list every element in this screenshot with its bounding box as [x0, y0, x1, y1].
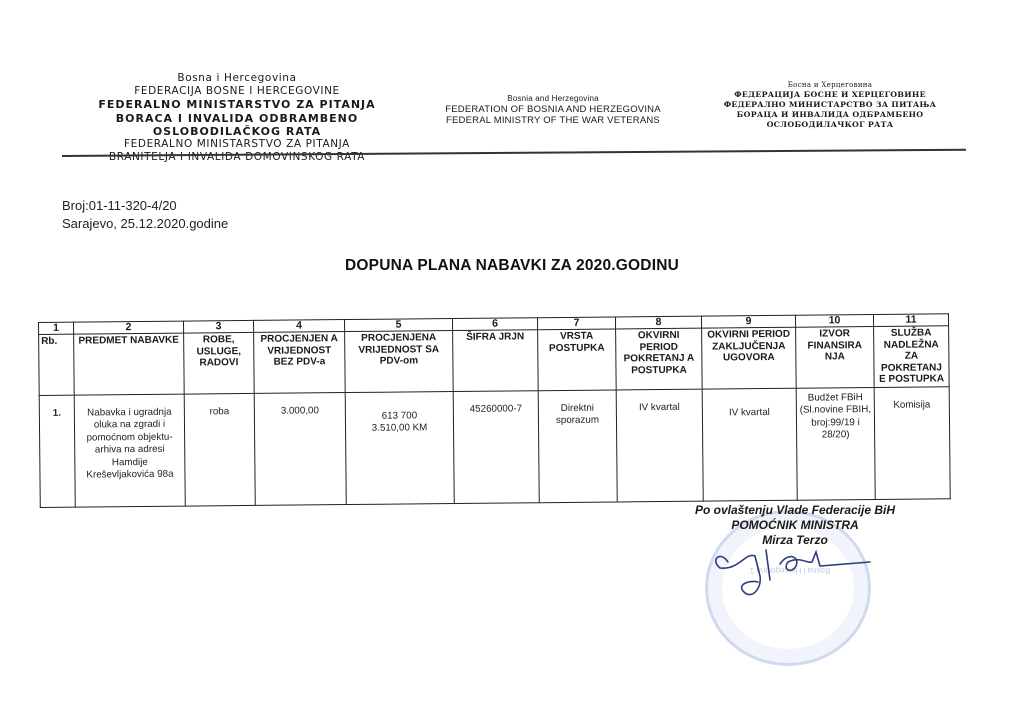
column-header-row: Rb.PREDMET NABAVKEROBE, USLUGE, RADOVIPR… [39, 326, 950, 396]
column-number: 3 [183, 320, 253, 333]
letterhead-ministry-cyr-line1: ФЕДЕРАЛНО МИНИСТАРСТВО ЗА ПИТАЊА [680, 100, 980, 110]
letterhead-ministry-cyr-line2: БОРАЦА И ИНВАЛИДА ОДБРАМБЕНО [680, 110, 980, 120]
column-number: 2 [74, 321, 184, 334]
letterhead-ministry-en: FEDERAL MINISTRY OF THE WAR VETERANS [422, 115, 684, 126]
column-header: OKVIRNI PERIOD POKRETANJ A POSTUPKA [616, 328, 703, 390]
letterhead-ministry-line2: BORACA I INVALIDA ODBRAMBENO [62, 112, 412, 125]
letterhead-country-en: Bosnia and Herzegovina [422, 93, 684, 104]
column-number: 6 [452, 318, 537, 331]
column-number: 1 [39, 322, 74, 334]
column-header: ŠIFRA JRJN [453, 330, 539, 392]
column-number: 10 [795, 314, 873, 327]
column-number: 7 [537, 317, 615, 330]
document-reference: Broj:01-11-320-4/20 Sarajevo, 25.12.2020… [62, 197, 228, 233]
cell-sluzba: Komisija [874, 387, 950, 500]
letterhead-country: Bosna i Hercegovina [62, 72, 412, 85]
letterhead-ministry-line3: OSLOBODILAČKOG RATA [62, 125, 412, 138]
signature-position: POMOĆNIK MINISTRA [650, 518, 940, 533]
column-number: 8 [615, 316, 701, 329]
column-header: Rb. [39, 334, 75, 395]
letterhead-right: Босна и Херцеговина ФЕДЕРАЦИЈА БОСНЕ И Х… [680, 80, 980, 130]
document-title: DOPUNA PLANA NABAVKI ZA 2020.GODINU [0, 257, 1024, 275]
cell-rb: 1. [39, 395, 75, 507]
column-header: IZVOR FINANSIRA NJA [796, 326, 875, 388]
column-number: 9 [701, 315, 795, 328]
cell-vrijednost-sa-pdv: 613 700 3.510,00 KM [345, 391, 454, 504]
cell-izvor-finansiranja: Budžet FBiH (Sl.novine FBIH, broj:99/19 … [796, 387, 875, 500]
column-number: 4 [253, 320, 344, 333]
cell-vrsta-postupka: Direktni sporazum [538, 390, 617, 503]
letterhead-ministry-alt-line1: FEDERALNO MINISTARSTVO ZA PITANJA [62, 138, 412, 151]
letterhead-federation-en: FEDERATION OF BOSNIA AND HERZEGOVINA [422, 104, 684, 115]
procurement-plan-table: 1234567891011 Rb.PREDMET NABAVKEROBE, US… [38, 313, 951, 508]
letterhead-middle: Bosnia and Herzegovina FEDERATION OF BOS… [422, 93, 684, 126]
vrijednost-sa-pdv-line2: 3.510,00 KM [348, 422, 451, 435]
letterhead-left: Bosna i Hercegovina FEDERACIJA BOSNE I H… [62, 72, 412, 164]
letterhead-country-cyr: Босна и Херцеговина [680, 80, 980, 90]
cell-period-pokretanja: IV kvartal [616, 389, 703, 502]
reference-number: Broj:01-11-320-4/20 [62, 197, 228, 215]
letterhead-federation-cyr: ФЕДЕРАЦИЈА БОСНЕ И ХЕРЦЕГОВИНЕ [680, 90, 980, 100]
cell-period-zakljucenja: IV kvartal [702, 388, 797, 501]
column-header: ROBE, USLUGE, RADOVI [184, 332, 255, 394]
cell-vrijednost-bez-pdv: 3.000,00 [254, 393, 346, 506]
letterhead-federation: FEDERACIJA BOSNE I HERCEGOVINE [62, 85, 412, 98]
column-number: 5 [344, 319, 452, 332]
letterhead-ministry-cyr-line3: ОСЛОБОДИЛАЧКОГ РАТА [680, 120, 980, 130]
column-header: OKVIRNI PERIOD ZAKLJUČENJA UGOVORA [702, 327, 797, 389]
signature-authority: Po ovlaštenju Vlade Federacije BiH [650, 503, 940, 518]
cell-vrsta-robe: roba [184, 393, 255, 506]
vrijednost-sa-pdv-line1: 613 700 [348, 410, 451, 423]
column-header: PROCJENJENA VRIJEDNOST SA PDV-om [345, 331, 454, 393]
letterhead-ministry-line1: FEDERALNO MINISTARSTVO ZA PITANJA [62, 98, 412, 111]
cell-sifra-jrjn: 45260000-7 [453, 391, 539, 504]
reference-place-date: Sarajevo, 25.12.2020.godine [62, 215, 228, 233]
column-number: 11 [873, 314, 948, 327]
column-header: PROCJENJEN A VRIJEDNOST BEZ PDV-a [254, 332, 346, 394]
cell-predmet: Nabavka i ugradnja oluka na zgradi i pom… [74, 394, 185, 507]
column-header: PREDMET NABAVKE [74, 333, 185, 395]
table-row: 1. Nabavka i ugradnja oluka na zgradi i … [39, 387, 950, 508]
column-header: VRSTA POSTUPKA [538, 329, 617, 391]
handwritten-signature-icon [700, 540, 900, 620]
column-header: SLUŽBA NADLEŽNA ZA POKRETANJ E POSTUPKA [874, 326, 950, 388]
